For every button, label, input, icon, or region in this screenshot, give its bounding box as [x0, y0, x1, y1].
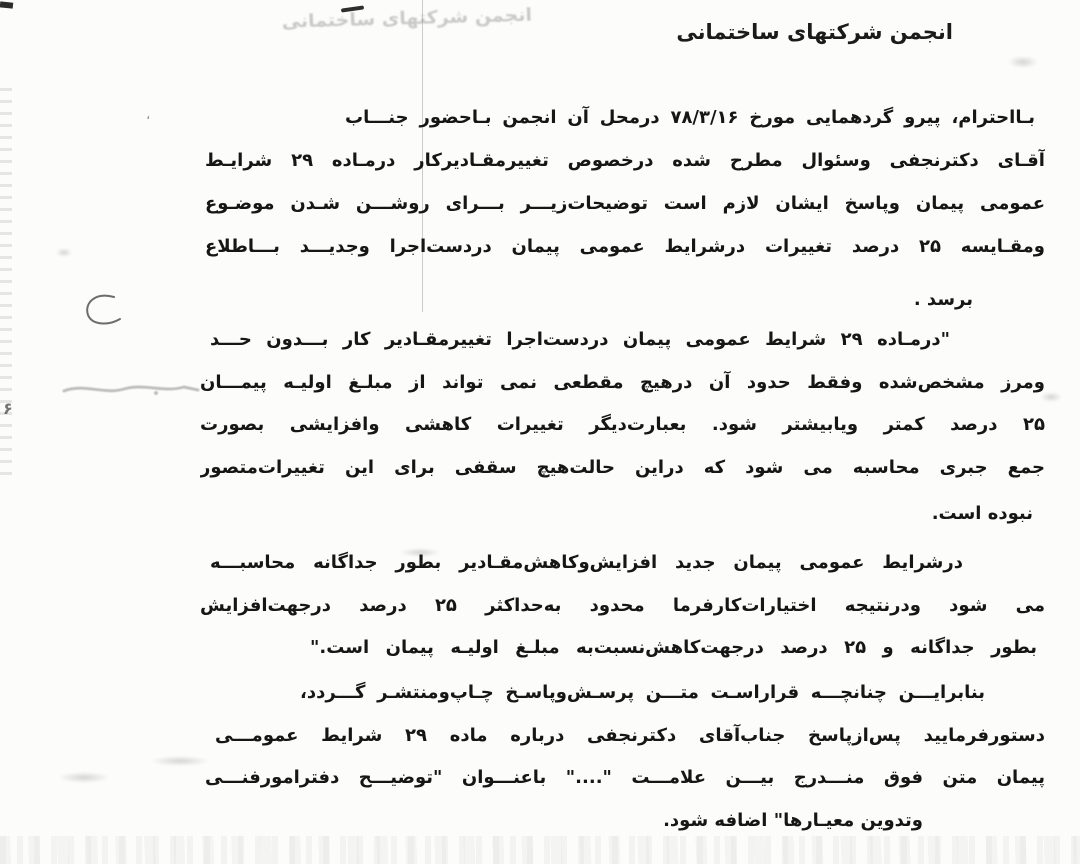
scan-corner-mark	[0, 1, 13, 8]
margin-six-mark: ۶	[3, 399, 13, 418]
body-line: آقـای دکترنجفی وسئوال مطرح شده درخصوص تغ…	[205, 147, 1045, 175]
body-line: درشرایط عمومی پیمان جدید افزایش‌وکاهش‌مق…	[210, 549, 963, 577]
ghost-letterhead: انجمن شرکتهای ساختمانی	[252, 5, 532, 34]
margin-scribble-mark	[60, 378, 202, 402]
body-line: برسد .	[914, 286, 973, 314]
body-line: ومقـایسه ۲۵ درصد تغییرات درشرایط عمومی پ…	[205, 233, 1045, 261]
body-line: پیمان متن فوق منـــدرج بیـــن علامـــت "…	[205, 764, 1045, 792]
body-line: "درمـاده ۲۹ شرایط عمومی پیمان دردست‌اجرا…	[210, 326, 950, 354]
scan-noise-blob	[58, 772, 110, 783]
body-line: نبوده است.	[932, 500, 1033, 528]
body-line: می شود ودرنتیجه اختیارات‌کارفرما محدود ب…	[200, 592, 1045, 620]
margin-hook-mark	[82, 292, 126, 332]
scanned-letter-page: انجمن شرکتهای ساختمانی انجمن شرکتهای ساخ…	[0, 0, 1080, 864]
body-line: وتدوین معیـارها" اضافه شود.	[663, 807, 923, 835]
scan-noise-blob	[1008, 56, 1038, 68]
body-line: عمومی پیمان وپاسخ ایشان لازم است توضیحات…	[205, 190, 1045, 218]
letterhead-title: انجمن شرکتهای ساختمانی	[676, 20, 953, 44]
stray-comma-mark: ،	[146, 108, 150, 123]
body-line: جمع جبری محاسبه می شود که دراین حالت‌هیچ…	[200, 454, 1045, 482]
scan-noise-blob	[56, 248, 72, 257]
scan-noise-blob	[150, 756, 210, 766]
body-line: ومرز مشخص‌شده وفقط حدود آن درهیچ مقطعی ن…	[200, 369, 1045, 397]
body-line: بنابرایـــن چنانچـــه قراراسـت متـــن پر…	[300, 679, 985, 707]
body-line: بطور جداگانه و ۲۵ درصد درجهت‌کاهش‌نسبت‌ب…	[310, 634, 1037, 662]
scan-noise-edge	[0, 88, 12, 478]
body-line: بـااحترام، پیرو گردهمایی مورخ ۷۸/۳/۱۶ در…	[345, 104, 1035, 132]
body-line: ۲۵ درصد کمتر ویابیشتر شود. بعبارت‌دیگر ت…	[200, 411, 1045, 439]
body-line: دستورفرمایید پس‌ازپاسخ جناب‌آقای دکترنجف…	[215, 722, 1045, 750]
scan-noise-bottom	[0, 836, 1080, 864]
